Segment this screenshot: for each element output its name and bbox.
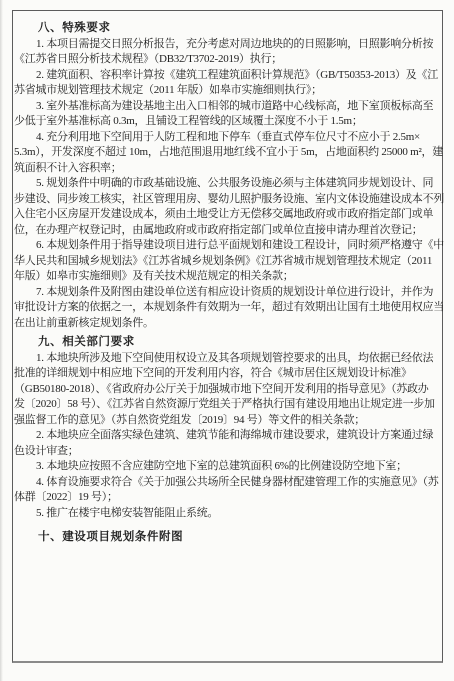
doc-line: 位，在办理产权登记时，由属地政府或市政府指定部门或单位直接申请办理首次登记； — [14, 223, 444, 239]
doc-line: 发〔2020〕58 号）、《江苏省自然资源厅党组关于严格执行国有建设用地出让规定… — [14, 397, 444, 413]
doc-line: 3. 本地块应按照不含应建防空地下室的总建筑面积 6%的比例建设防空地下室； — [14, 459, 444, 475]
doc-line: 5.3m），开发深度不超过 10m，占地范围退用地红线不宜小于 5m，占地面积约… — [14, 145, 444, 161]
doc-line: 4. 充分利用地下空间用于人防工程和地下停车（垂直式停车位尺寸不应小于 2.5m… — [14, 130, 444, 146]
doc-line: 2. 本地块应全面落实绿色建筑、建筑节能和海绵城市建设要求，建筑设计方案通过绿 — [14, 428, 444, 444]
doc-line: 5. 推广在楼宇电梯安装智能阻止系统。 — [14, 506, 444, 522]
doc-line: 审批设计方案的依据之一，本规划条件有效期为一年，超过有效期出让国有土地使用权应当 — [14, 300, 444, 316]
doc-line: 色设计审查； — [14, 444, 444, 460]
doc-line: 少低于室外基准标高 0.3m，且铺设工程管线的区域覆土深度不小于 1.5m； — [14, 114, 444, 130]
doc-line: 在出让前重新核定规划条件。 — [14, 316, 444, 332]
section-heading-9: 九、相关部门要求 — [14, 335, 444, 351]
section-heading-10: 十、建设项目规划条件附图 — [14, 530, 444, 546]
doc-line: 4. 体育设施要求符合《关于加强公共场所全民健身器材配建管理工作的实施意见》（苏 — [14, 475, 444, 491]
doc-line: 苏省城市规划管理技术规定（2011 年版）如皋市实施细则执行》； — [14, 83, 444, 99]
doc-line: 1. 本地块所涉及地下空间使用权设立及其各项规划管控要求的出具，均依据已经依法 — [14, 351, 444, 367]
doc-line: 6. 本规划条件用于指导建设项目进行总平面规划和建设工程设计，同时须严格遵守《中 — [14, 238, 444, 254]
doc-line: 入住宅小区房屋开发建设成本，须由土地受让方无偿移交属地政府或市政府指定部门或单 — [14, 207, 444, 223]
doc-line: 1. 本项目需提交日照分析报告，充分考虑对周边地块的的日照影响，日照影响分析按 — [14, 37, 444, 53]
document-content: 八、特殊要求 1. 本项目需提交日照分析报告，充分考虑对周边地块的的日照影响，日… — [14, 21, 444, 546]
doc-line: 2. 建筑面积、容积率计算按《建筑工程建筑面积计算规范》（GB/T50353-2… — [14, 68, 444, 84]
scanned-document-page: 八、特殊要求 1. 本项目需提交日照分析报告，充分考虑对周边地块的的日照影响，日… — [0, 0, 454, 681]
doc-line: 筑面积不计入容积率； — [14, 161, 444, 177]
doc-line: 3. 室外基准标高为建设基地主出入口相邻的城市道路中心线标高，地下室顶板标高至 — [14, 99, 444, 115]
doc-line: 强监督工作的意见》（苏自然资党组发〔2019〕94 号）等文件的相关条款； — [14, 413, 444, 429]
scan-edge-shadow — [0, 0, 3, 681]
doc-line: 批准的详细规划中相应地下空间的开发利用内容，符合《城市居住区规划设计标准》 — [14, 366, 444, 382]
doc-line: 《江苏省日照分析技术规程》（DB32/T3702-2019）执行； — [14, 52, 444, 68]
doc-line: 7. 本规划条件及附图由建设单位送有相应设计资质的规划设计单位进行设计，并作为 — [14, 285, 444, 301]
doc-line: 5. 规划条件中明确的市政基础设施、公共服务设施必须与主体建筑同步规划设计、同 — [14, 176, 444, 192]
doc-line: 华人民共和国城乡规划法》《江苏省城乡规划条例》《江苏省城市规划管理技术规定（20… — [14, 254, 444, 270]
doc-line: 年版）如皋市实施细则》及有关技术规范规定的相关条款； — [14, 269, 444, 285]
section-heading-8: 八、特殊要求 — [14, 21, 444, 37]
doc-line: （GB50180-2018）、《省政府办公厅关于加强城市地下空间开发利用的指导意… — [14, 382, 444, 398]
doc-line: 体群〔2022〕19 号）； — [14, 490, 444, 506]
doc-line: 步建设、同步竣工核实，社区管理用房、婴幼儿照护服务设施、室内文体设施建设成本不列 — [14, 192, 444, 208]
